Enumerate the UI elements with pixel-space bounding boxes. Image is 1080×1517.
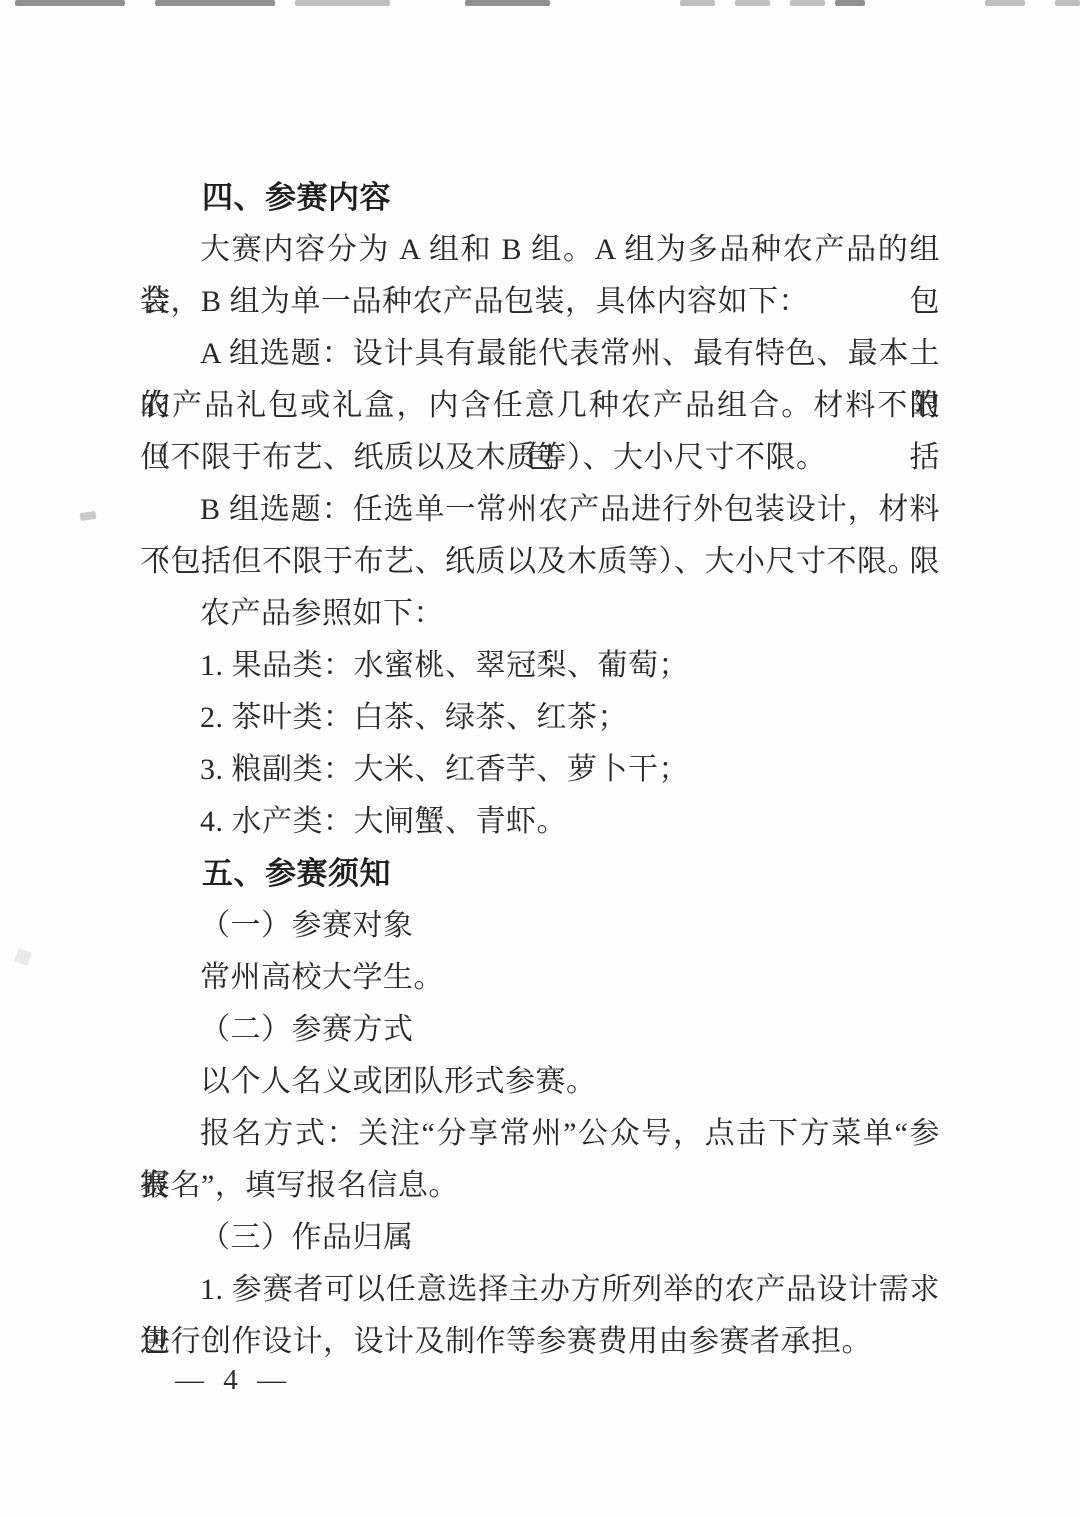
scan-artifact-margin-mark <box>80 511 97 521</box>
text-line: 农产品参照如下： <box>140 588 940 640</box>
scan-artifact-margin-mark <box>14 948 32 966</box>
section-heading: 五、参赛须知 <box>140 848 940 900</box>
text-line: 农产品礼包或礼盒，内含任意几种农产品组合。材料不限（包括 <box>140 380 940 432</box>
text-line: 但不限于布艺、纸质以及木质等）、大小尺寸不限。 <box>140 432 940 484</box>
text-line: 大赛内容分为 A 组和 B 组。A 组为多品种农产品的组合包 <box>140 224 940 276</box>
text-line: （包括但不限于布艺、纸质以及木质等）、大小尺寸不限。 <box>140 536 940 588</box>
scan-artifact-top-edge <box>0 0 1080 10</box>
text-line: 3. 粮副类：大米、红香芋、萝卜干； <box>140 744 940 796</box>
text-line: 报名”，填写报名信息。 <box>140 1160 940 1212</box>
text-line: （三）作品归属 <box>140 1212 940 1264</box>
text-line: 4. 水产类：大闸蟹、青虾。 <box>140 796 940 848</box>
text-line: A 组选题：设计具有最能代表常州、最有特色、最本土的的 <box>140 328 940 380</box>
scanned-document-page: 四、参赛内容大赛内容分为 A 组和 B 组。A 组为多品种农产品的组合包装，B … <box>0 0 1080 1517</box>
text-line: B 组选题：任选单一常州农产品进行外包装设计，材料不限 <box>140 484 940 536</box>
text-line: 常州高校大学生。 <box>140 952 940 1004</box>
document-body: 四、参赛内容大赛内容分为 A 组和 B 组。A 组为多品种农产品的组合包装，B … <box>140 172 940 1368</box>
text-line: 以个人名义或团队形式参赛。 <box>140 1056 940 1108</box>
text-line: （二）参赛方式 <box>140 1004 940 1056</box>
text-line: （一）参赛对象 <box>140 900 940 952</box>
text-line: 1. 参赛者可以任意选择主办方所列举的农产品设计需求包 <box>140 1264 940 1316</box>
text-line: 2. 茶叶类：白茶、绿茶、红茶； <box>140 692 940 744</box>
text-line: 1. 果品类：水蜜桃、翠冠梨、葡萄； <box>140 640 940 692</box>
page-number: — 4 — <box>175 1360 292 1400</box>
text-line: 报名方式：关注“分享常州”公众号，点击下方菜单“参赛 <box>140 1108 940 1160</box>
section-heading: 四、参赛内容 <box>140 172 940 224</box>
